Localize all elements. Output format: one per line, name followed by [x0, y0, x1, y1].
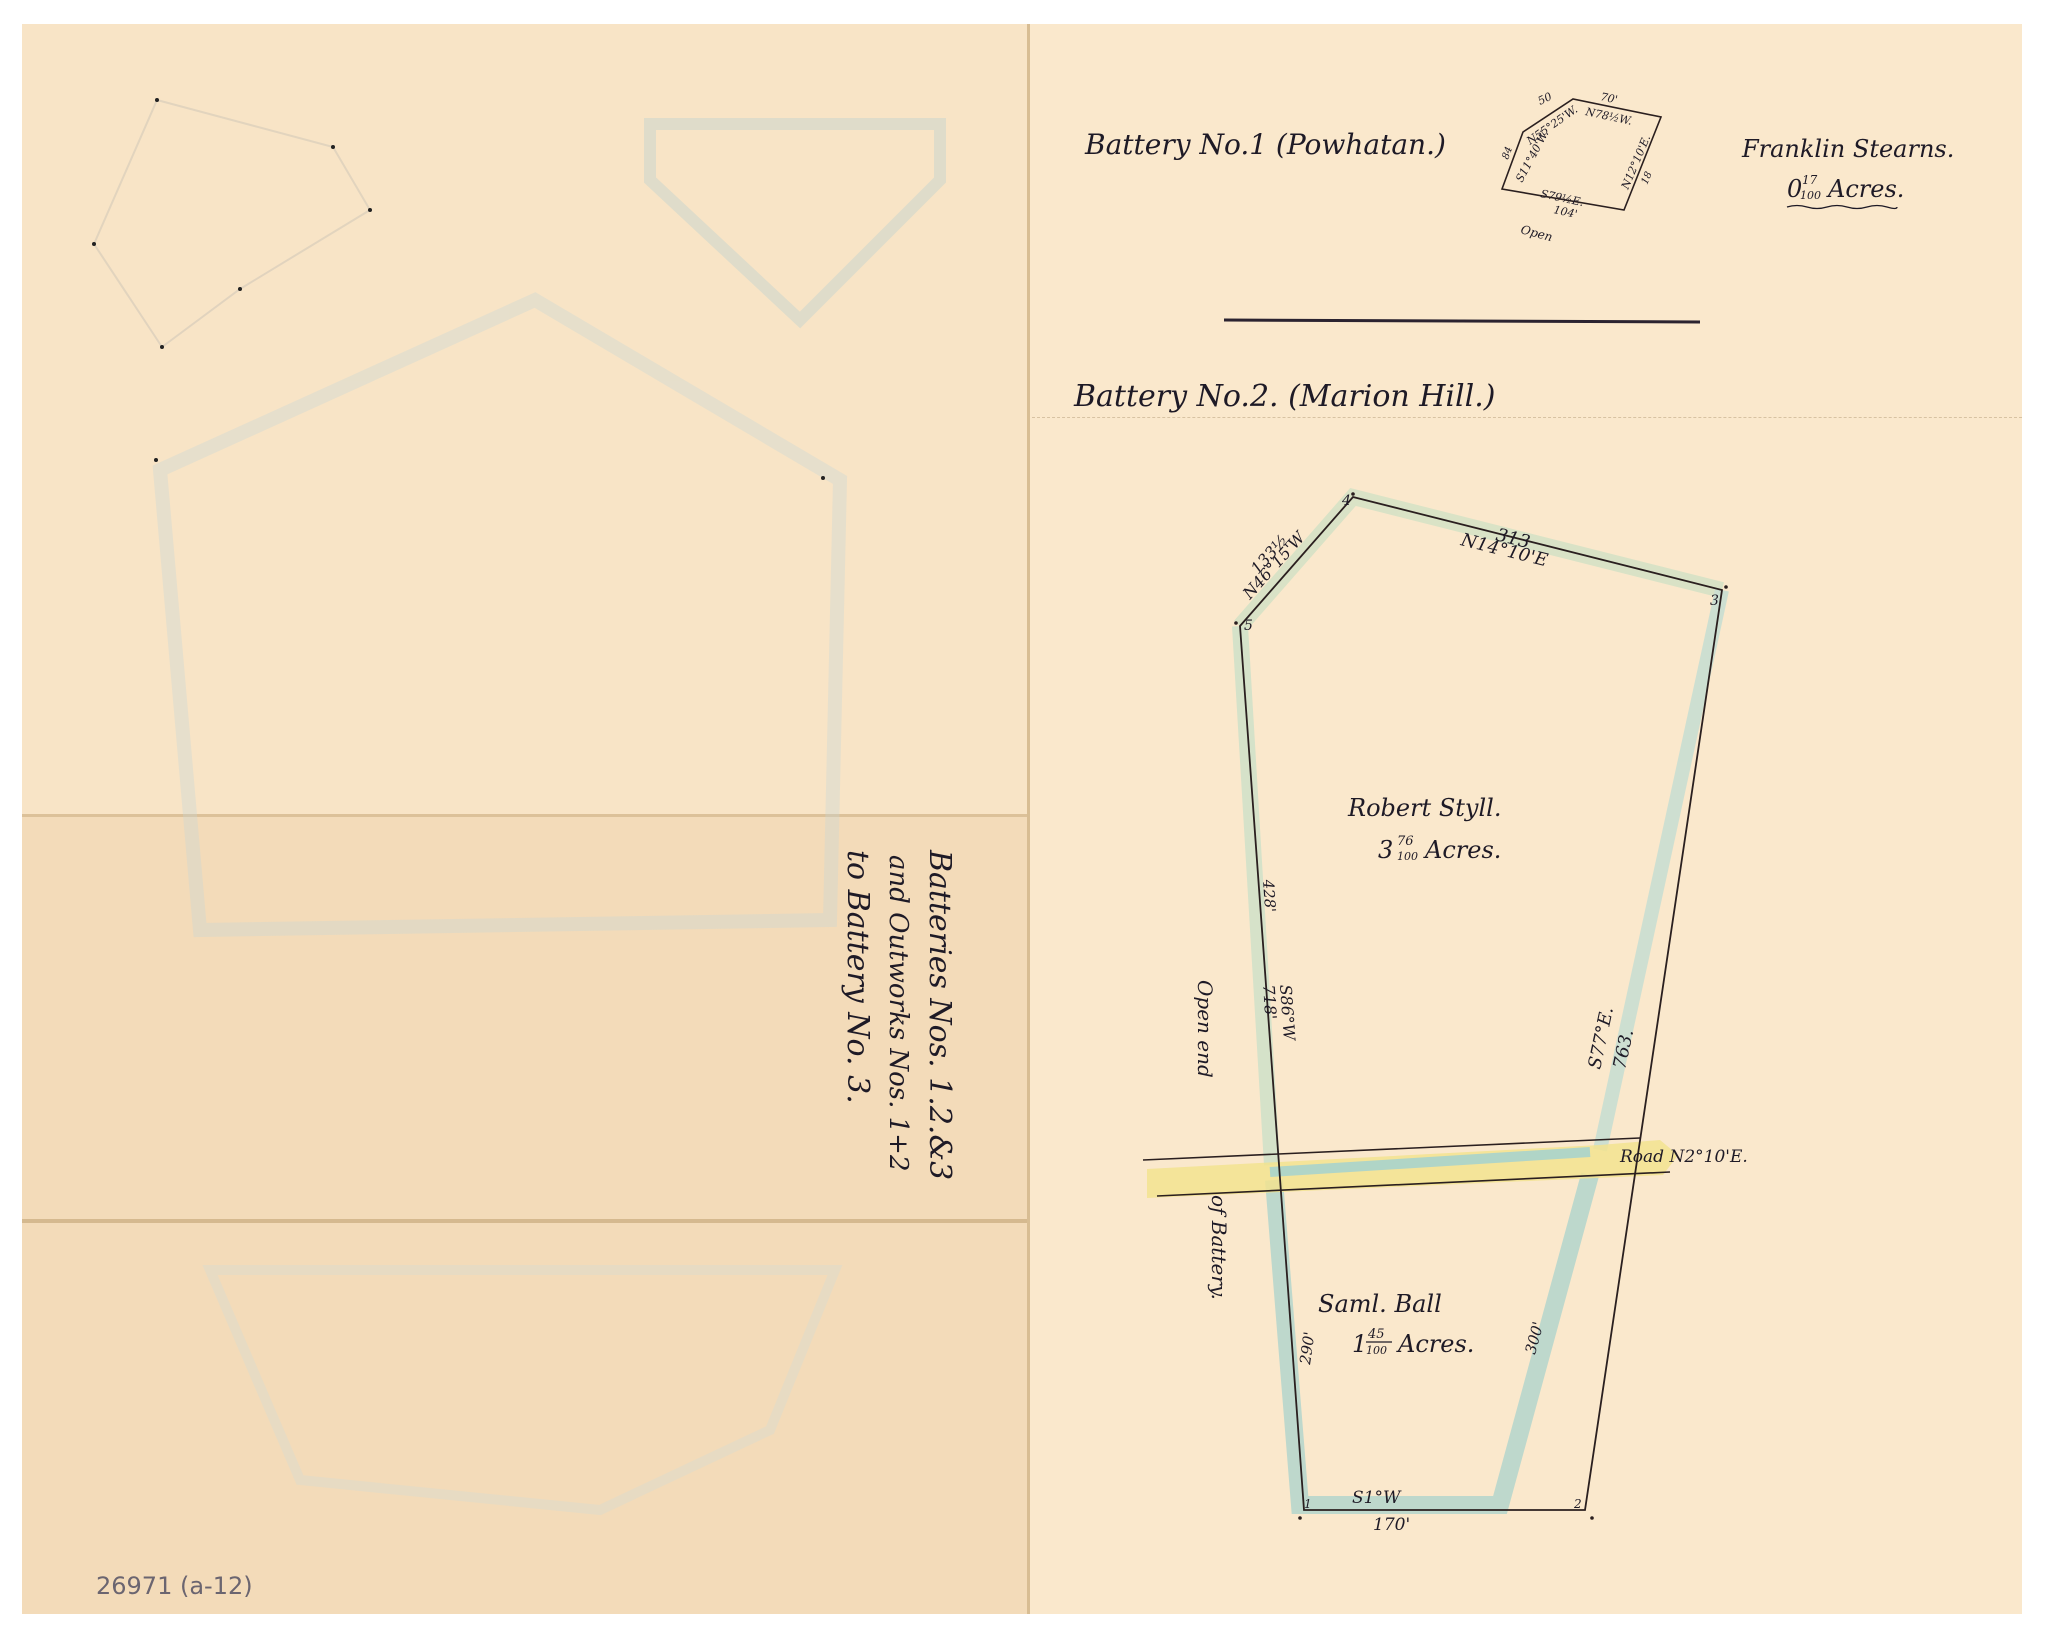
svg-text:763.: 763. [1609, 1027, 1638, 1071]
svg-text:17: 17 [1802, 173, 1818, 187]
battery-1-open-label: Open [1519, 222, 1554, 244]
svg-text:100: 100 [1397, 850, 1418, 863]
battery-1-owner: Franklin Stearns. [1741, 135, 1954, 163]
svg-text:S1°W: S1°W [1352, 1488, 1402, 1508]
svg-text:100: 100 [1800, 189, 1821, 202]
open-end-label-1: Open end [1193, 980, 1217, 1078]
battery-1-plat: 50 N55°25'W. 70' N78½W. 84 S11°40'W. N12… [1500, 90, 1661, 244]
endorsement-line-3: to Battery No. 3. [840, 850, 875, 1104]
plat-drawing: Batteries Nos. 1.2.&3 and Outworks Nos. … [0, 0, 2048, 1635]
bleed-through-ghosts [94, 100, 940, 1510]
battery-1-acreage: 0 17 100 Acres. [1787, 173, 1904, 209]
svg-text:5: 5 [1244, 618, 1253, 634]
svg-text:Acres.: Acres. [1396, 1330, 1474, 1358]
endorsement: Batteries Nos. 1.2.&3 and Outworks Nos. … [840, 849, 957, 1180]
svg-text:18: 18 [1640, 170, 1655, 186]
svg-text:S86°W: S86°W [1276, 984, 1299, 1043]
svg-text:3: 3 [1378, 836, 1393, 864]
open-end-label-2: of Battery. [1207, 1195, 1231, 1300]
svg-text:76: 76 [1397, 834, 1414, 849]
road-label: Road N2°10'E. [1619, 1147, 1748, 1167]
svg-text:4: 4 [1341, 493, 1351, 509]
svg-text:70': 70' [1599, 90, 1618, 106]
svg-text:1: 1 [1304, 1497, 1312, 1511]
endorsement-line-1: Batteries Nos. 1.2.&3 [922, 849, 957, 1180]
battery-2-title: Battery No.2. (Marion Hill.) [1073, 379, 1495, 414]
svg-text:Acres.: Acres. [1826, 175, 1904, 203]
svg-text:170': 170' [1373, 1515, 1410, 1535]
svg-text:428': 428' [1259, 878, 1279, 913]
battery-1-title: Battery No.1 (Powhatan.) [1084, 128, 1446, 161]
battery-1-section: Battery No.1 (Powhatan.) 50 N55°25'W. 70… [1084, 90, 1954, 244]
svg-text:Acres.: Acres. [1423, 836, 1501, 864]
svg-text:290': 290' [1296, 1331, 1319, 1367]
endorsement-line-2: and Outworks Nos. 1+2 [883, 855, 913, 1172]
battery-2-section: Battery No.2. (Marion Hill.) 4 3 5 1 2 1… [1073, 379, 1748, 1535]
svg-text:50: 50 [1536, 90, 1554, 108]
svg-text:45: 45 [1367, 1327, 1385, 1342]
ghost-corner-dots [92, 98, 825, 480]
parcel-saml-ball: Saml. Ball 1 45 100 Acres. [1318, 1290, 1474, 1358]
svg-text:100: 100 [1366, 1344, 1387, 1357]
svg-text:3: 3 [1710, 593, 1719, 609]
svg-text:2: 2 [1573, 1497, 1582, 1511]
parcel-robert-styll: Robert Styll. 3 76 100 Acres. [1347, 794, 1501, 864]
section-separator-rule [1224, 320, 1700, 322]
parcel-owner: Robert Styll. [1347, 794, 1501, 822]
svg-text:1: 1 [1352, 1330, 1367, 1358]
svg-text:N78½W.: N78½W. [1583, 105, 1633, 128]
catalog-number: 26971 (a-12) [96, 1572, 253, 1600]
parcel-owner: Saml. Ball [1318, 1290, 1442, 1318]
